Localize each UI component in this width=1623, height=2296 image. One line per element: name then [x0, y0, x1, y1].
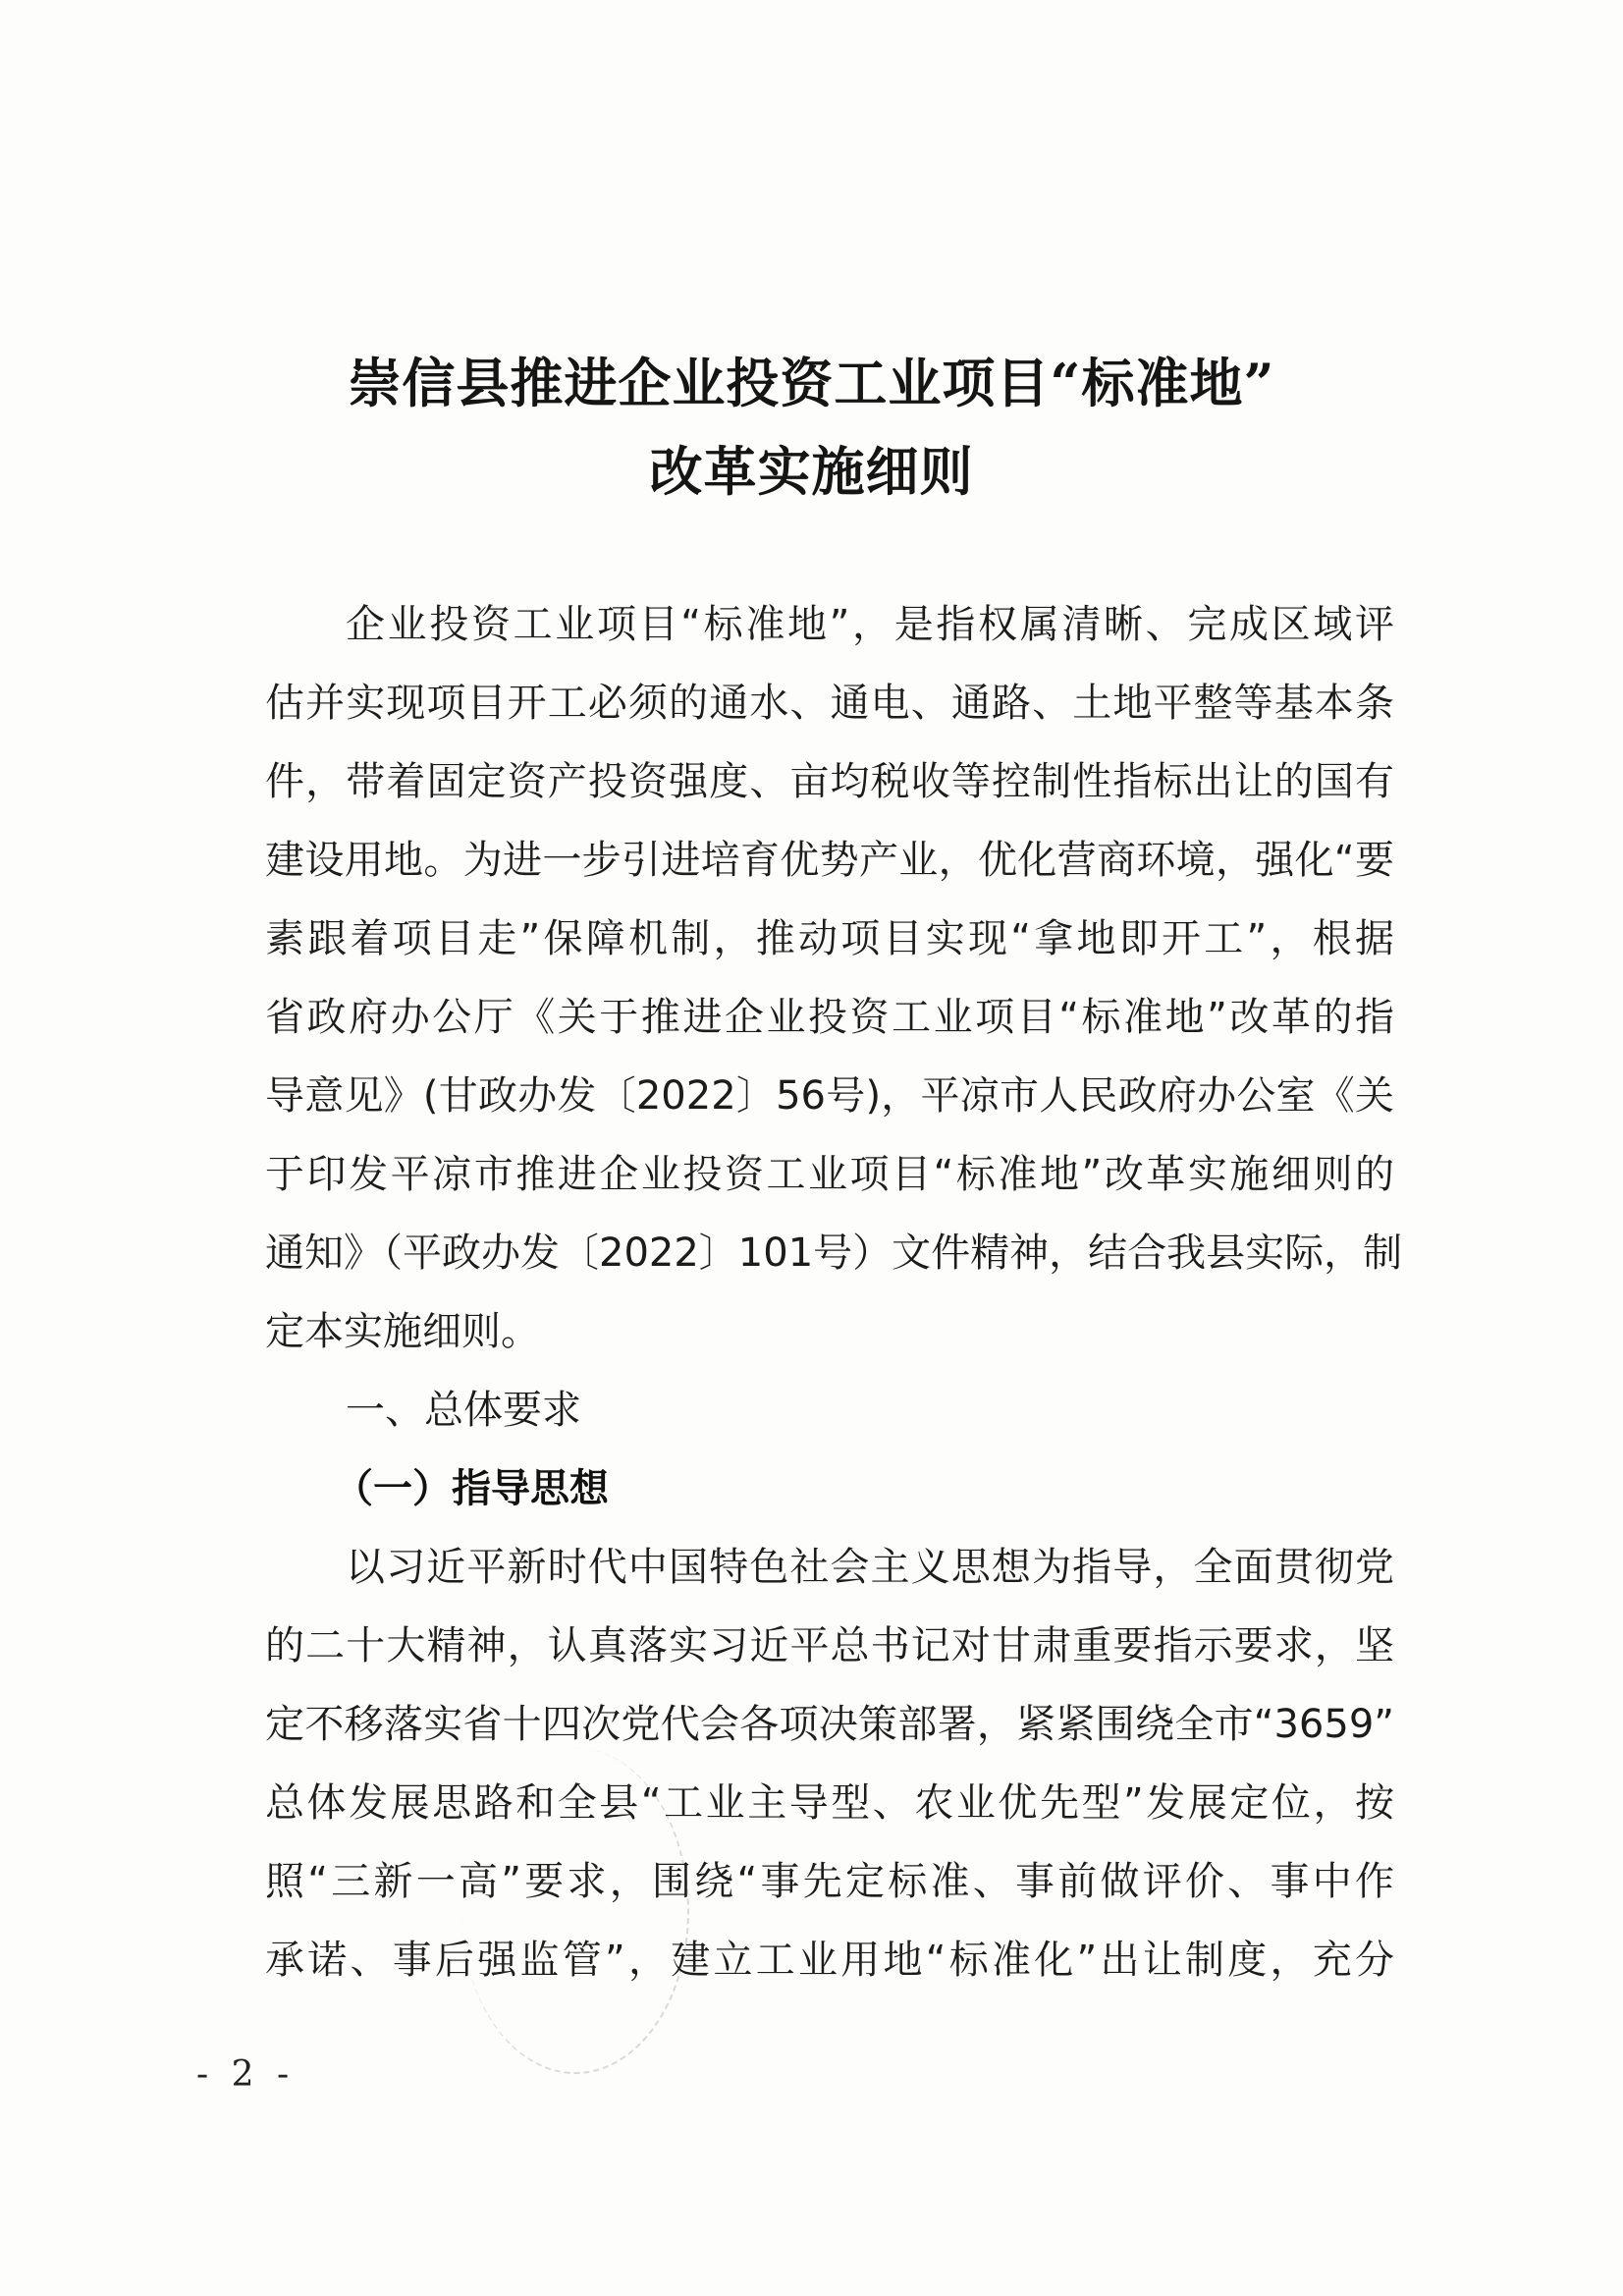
document-page: 崇信县推进企业投资工业项目“标准地” 改革实施细则 企业投资工业项目“标准地”，…: [0, 0, 1623, 2296]
intro-paragraph-line: 建设用地。为进一步引进培育优势产业，优化营商环境，强化“要: [265, 837, 1394, 884]
intro-paragraph-line: 省政府办公厅《关于推进企业投资工业项目“标准地”改革的指: [265, 994, 1394, 1041]
intro-paragraph-line: 件，带着固定资产投资强度、亩均税收等控制性指标出让的国有: [265, 758, 1394, 805]
page-number: - 2 -: [196, 2054, 295, 2095]
intro-paragraph-line: 估并实现项目开工必须的通水、通电、通路、土地平整等基本条: [265, 680, 1394, 727]
guiding-paragraph-line: 以习近平新时代中国特色社会主义思想为指导，全面贯彻党: [346, 1544, 1394, 1591]
intro-paragraph-line: 企业投资工业项目“标准地”，是指权属清晰、完成区域评: [346, 601, 1394, 648]
intro-paragraph-line: 于印发平凉市推进企业投资工业项目“标准地”改革实施细则的: [265, 1151, 1394, 1198]
section-heading: 一、总体要求: [346, 1387, 581, 1434]
guiding-paragraph-line: 总体发展思路和全县“工业主导型、农业优先型”发展定位，按: [265, 1779, 1394, 1827]
guiding-paragraph-line: 的二十大精神，认真落实习近平总书记对甘肃重要指示要求，坚: [265, 1622, 1394, 1669]
guiding-paragraph-line: 定不移落实省十四次党代会各项决策部署，紧紧围绕全市“3659”: [265, 1701, 1394, 1748]
guiding-paragraph-line: 照“三新一高”要求，围绕“事先定标准、事前做评价、事中作: [265, 1858, 1394, 1905]
intro-paragraph-line: 素跟着项目走”保障机制，推动项目实现“拿地即开工”，根据: [265, 915, 1394, 962]
guiding-paragraph-line: 承诺、事后强监管”，建立工业用地“标准化”出让制度，充分: [265, 1937, 1394, 1984]
document-title-line-2: 改革实施细则: [0, 430, 1623, 506]
intro-paragraph-line: 导意见》(甘政办发〔2022〕56号)，平凉市人民政府办公室《关: [265, 1072, 1394, 1120]
document-title-line-1: 崇信县推进企业投资工业项目“标准地”: [0, 342, 1623, 417]
subsection-heading: （一）指导思想: [334, 1465, 609, 1512]
intro-paragraph-line: 通知》（平政办发〔2022〕101号）文件精神，结合我县实际，制: [265, 1230, 1394, 1277]
intro-paragraph-line: 定本实施细则。: [265, 1308, 1394, 1355]
